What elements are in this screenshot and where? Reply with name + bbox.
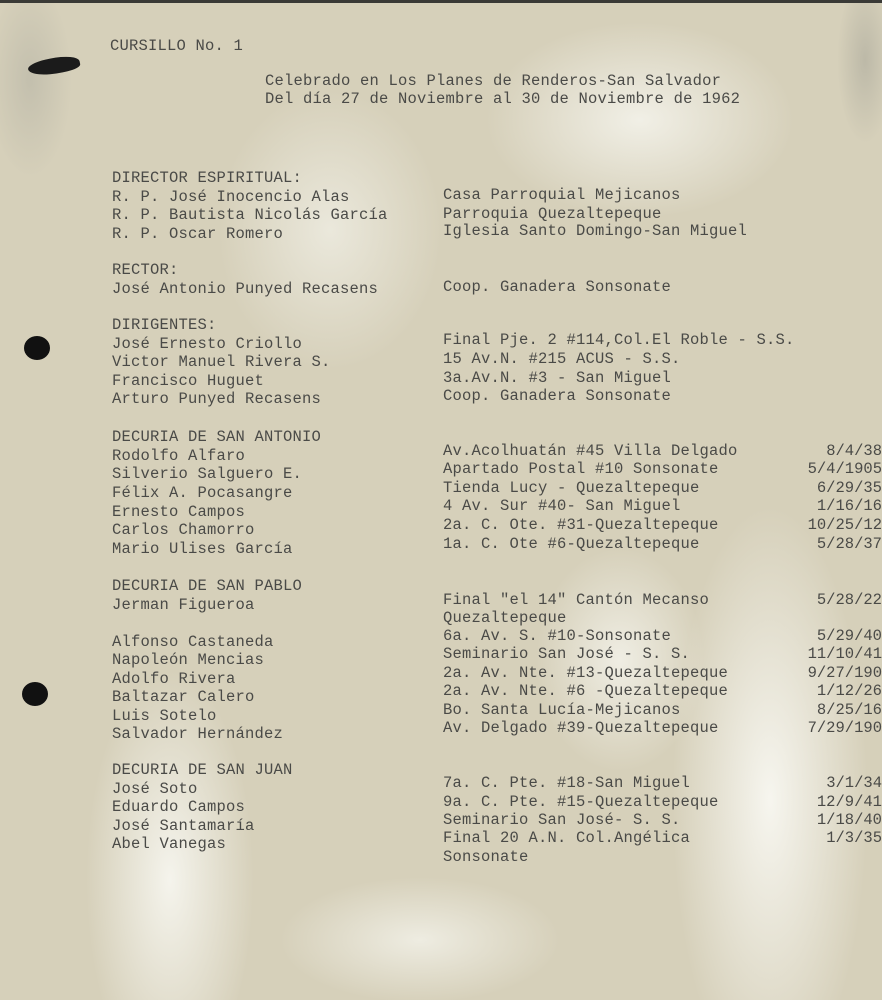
member-address: 9a. C. Pte. #15-Quezaltepeque — [443, 793, 719, 812]
member-name: Napoleón Mencias — [112, 651, 264, 670]
member-address: Av.Acolhuatán #45 Villa Delgado — [443, 442, 738, 461]
document-heading: CURSILLO No. 1 — [110, 37, 243, 56]
member-address: 2a. Av. Nte. #6 -Quezaltepeque — [443, 682, 728, 701]
member-date: 9/27/190 — [762, 664, 882, 683]
member-name: Mario Ulises García — [112, 540, 293, 559]
member-name: Carlos Chamorro — [112, 521, 255, 540]
punch-hole-top — [24, 336, 50, 360]
member-date: 8/25/16 — [762, 701, 882, 720]
member-name: Alfonso Castaneda — [112, 633, 274, 652]
member-date: 11/10/41 — [762, 645, 882, 664]
dirigente-name: José Ernesto Criollo — [112, 335, 302, 354]
section-label-rector: RECTOR: — [112, 261, 179, 280]
director-address: Iglesia Santo Domingo-San Miguel — [443, 222, 747, 241]
member-name: Félix A. Pocasangre — [112, 484, 293, 503]
member-name: Jerman Figueroa — [112, 596, 255, 615]
document-subtitle-dates: Del día 27 de Noviembre al 30 de Noviemb… — [265, 90, 740, 109]
member-name: Ernesto Campos — [112, 503, 245, 522]
director-address: Casa Parroquial Mejicanos — [443, 186, 681, 205]
director-name: R. P. Bautista Nicolás García — [112, 206, 388, 225]
member-name: José Santamaría — [112, 817, 255, 836]
member-date: 10/25/12 — [762, 516, 882, 535]
member-name: Silverio Salguero E. — [112, 465, 302, 484]
member-address: Av. Delgado #39-Quezaltepeque — [443, 719, 719, 738]
member-date: 8/4/38 — [762, 442, 882, 461]
member-date: 3/1/34 — [762, 774, 882, 793]
member-address: Bo. Santa Lucía-Mejicanos — [443, 701, 681, 720]
member-name: Rodolfo Alfaro — [112, 447, 245, 466]
director-name: R. P. Oscar Romero — [112, 225, 283, 244]
section-label-decuria-san-juan: DECURIA DE SAN JUAN — [112, 761, 293, 780]
member-name: Salvador Hernández — [112, 725, 283, 744]
member-date: 1/16/16 — [762, 497, 882, 516]
dirigente-name: Francisco Huguet — [112, 372, 264, 391]
member-name: Luis Sotelo — [112, 707, 217, 726]
member-date: 1/18/40 — [762, 811, 882, 830]
dirigente-address: 15 Av.N. #215 ACUS - S.S. — [443, 350, 681, 369]
member-date: 5/4/1905 — [762, 460, 882, 479]
member-date: 1/3/35 — [762, 829, 882, 848]
member-date: 6/29/35 — [762, 479, 882, 498]
ink-smudge — [27, 53, 81, 79]
member-address: Apartado Postal #10 Sonsonate — [443, 460, 719, 479]
rector-address: Coop. Ganadera Sonsonate — [443, 278, 671, 297]
member-name: Baltazar Calero — [112, 688, 255, 707]
member-address: 2a. Av. Nte. #13-Quezaltepeque — [443, 664, 728, 683]
document-subtitle-place: Celebrado en Los Planes de Renderos-San … — [265, 72, 721, 91]
dirigente-name: Arturo Punyed Recasens — [112, 390, 321, 409]
member-address: 6a. Av. S. #10-Sonsonate — [443, 627, 671, 646]
member-address: 7a. C. Pte. #18-San Miguel — [443, 774, 690, 793]
member-address: Seminario San José - S. S. — [443, 645, 690, 664]
member-address: Final "el 14" Cantón Mecanso — [443, 591, 709, 610]
punch-hole-bottom — [22, 682, 48, 706]
member-date: 5/28/22 — [762, 591, 882, 610]
dirigente-address: Final Pje. 2 #114,Col.El Roble - S.S. — [443, 331, 795, 350]
director-name: R. P. José Inocencio Alas — [112, 188, 350, 207]
member-date: 5/28/37 — [762, 535, 882, 554]
member-address: 1a. C. Ote #6-Quezaltepeque — [443, 535, 700, 554]
member-name: Eduardo Campos — [112, 798, 245, 817]
dirigente-address: Coop. Ganadera Sonsonate — [443, 387, 671, 406]
member-date: 1/12/26 — [762, 682, 882, 701]
member-date: 5/29/40 — [762, 627, 882, 646]
member-address: Final 20 A.N. Col.Angélica — [443, 829, 690, 848]
member-name: Adolfo Rivera — [112, 670, 236, 689]
rector-name: José Antonio Punyed Recasens — [112, 280, 378, 299]
member-name: José Soto — [112, 780, 198, 799]
dirigente-address: 3a.Av.N. #3 - San Miguel — [443, 369, 671, 388]
typed-document-page: CURSILLO No. 1 Celebrado en Los Planes d… — [0, 0, 882, 1000]
member-address: 2a. C. Ote. #31-Quezaltepeque — [443, 516, 719, 535]
member-address-line2: Quezaltepeque — [443, 609, 567, 628]
section-label-decuria-san-antonio: DECURIA DE SAN ANTONIO — [112, 428, 321, 447]
member-address-line2: Sonsonate — [443, 848, 529, 867]
section-label-director: DIRECTOR ESPIRITUAL: — [112, 169, 302, 188]
member-date: 7/29/190 — [762, 719, 882, 738]
member-address: Tienda Lucy - Quezaltepeque — [443, 479, 700, 498]
dirigente-name: Victor Manuel Rivera S. — [112, 353, 331, 372]
member-address: Seminario San José- S. S. — [443, 811, 681, 830]
scan-edge — [0, 0, 882, 3]
member-address: 4 Av. Sur #40- San Miguel — [443, 497, 681, 516]
member-date: 12/9/41 — [762, 793, 882, 812]
section-label-dirigentes: DIRIGENTES: — [112, 316, 217, 335]
director-address: Parroquia Quezaltepeque — [443, 205, 662, 224]
member-name: Abel Vanegas — [112, 835, 226, 854]
section-label-decuria-san-pablo: DECURIA DE SAN PABLO — [112, 577, 302, 596]
